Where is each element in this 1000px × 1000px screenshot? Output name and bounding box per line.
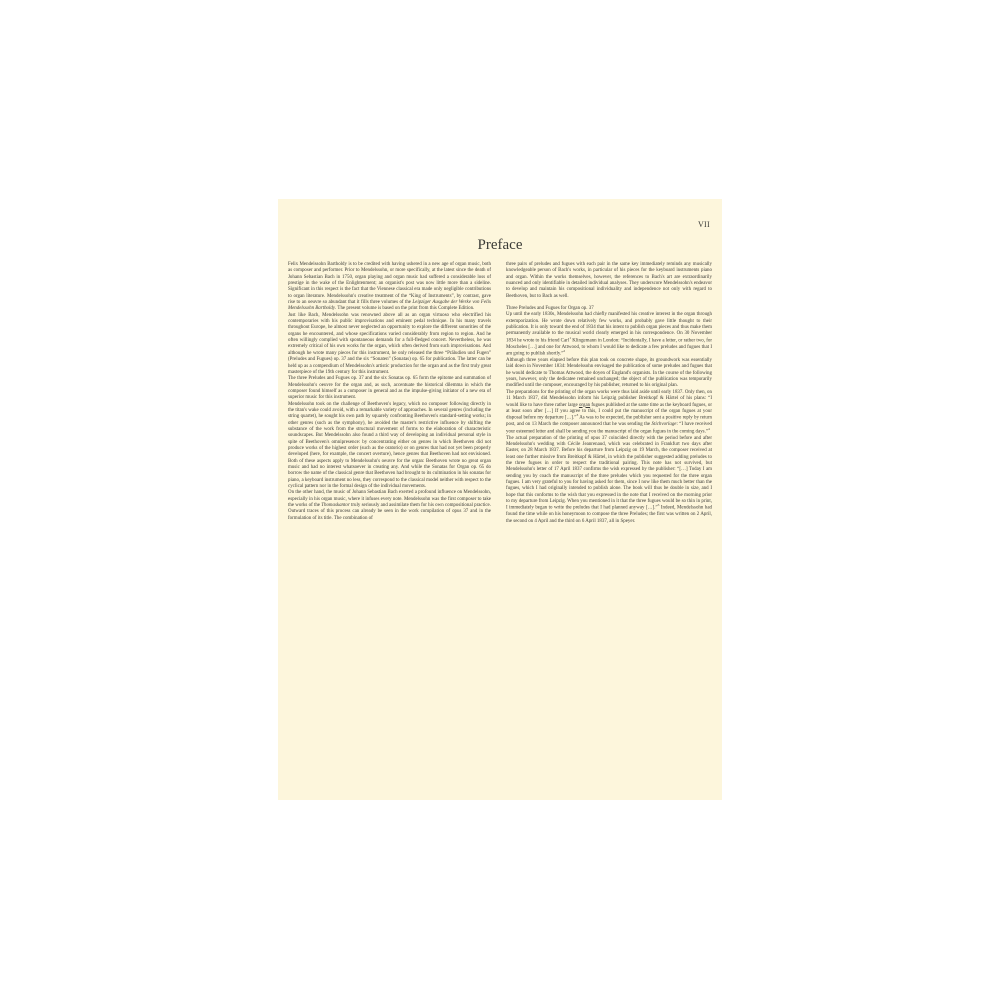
paragraph: The three Preludes and Fugues op. 37 and… bbox=[288, 376, 491, 401]
paragraph: Mendelssohn took on the challenge of Bee… bbox=[288, 402, 491, 491]
page-title: Preface bbox=[278, 237, 722, 254]
paragraph: three pairs of preludes and fugues with … bbox=[506, 262, 712, 300]
paragraph: The preparations for the printing of the… bbox=[506, 390, 712, 436]
paragraph: On the other hand, the music of Johann S… bbox=[288, 490, 491, 522]
document-page: VII Preface Felix Mendelssohn Bartholdy … bbox=[278, 199, 722, 800]
paragraph: Felix Mendelssohn Bartholdy is to be cre… bbox=[288, 262, 491, 313]
right-column: three pairs of preludes and fugues with … bbox=[506, 262, 712, 525]
italic-term: Stichvorlage bbox=[652, 422, 677, 427]
footnote-ref: 2 bbox=[563, 349, 565, 353]
paragraph: The actual preparation of the printing o… bbox=[506, 436, 712, 525]
page-number: VII bbox=[698, 220, 710, 229]
paragraph: Just like Bach, Mendelssohn was renowned… bbox=[288, 313, 491, 376]
italic-term: Thomaskantor bbox=[321, 503, 350, 508]
left-column: Felix Mendelssohn Bartholdy is to be cre… bbox=[288, 262, 491, 522]
footnote-ref: 4 bbox=[708, 427, 710, 431]
paragraph: Although three years elapsed before this… bbox=[506, 358, 712, 390]
paragraph: Up until the early 1830s, Mendelssohn ha… bbox=[506, 312, 712, 358]
underlined-word: organ bbox=[579, 403, 590, 408]
